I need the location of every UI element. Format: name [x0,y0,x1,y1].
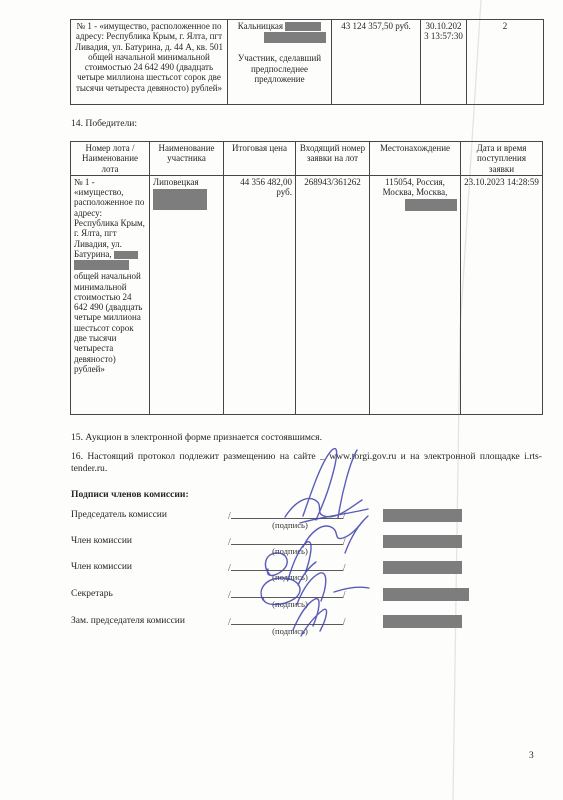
col-header-participant: Наименование участника [150,142,224,176]
application-number: 268943/361262 [304,177,361,187]
value: 2 [503,21,508,31]
winners-table-header-row: Номер лота / Наименование лота Наименова… [71,142,543,176]
signature-caption: (подпись) [240,599,340,609]
final-price: 44 356 482,00 руб. [240,177,292,197]
winner-surname: Липовецкая [153,177,220,187]
participant-surname: Кальницкая [238,21,283,31]
price-cell: 43 124 357,50 руб. [332,20,421,105]
winners-table-row: № 1 - «имущество, расположенное по адрес… [71,175,543,414]
table-row: № 1 - «имущество, расположенное по адрес… [71,20,544,105]
signature-row-deputy-chairman: Зам. председателя комиссии // (подпись) [0,616,563,642]
signer-role: Член комиссии [71,536,132,546]
paragraph-item-15: 15. Аукцион в электронной форме признает… [71,432,541,444]
value-cell: 2 [467,20,544,105]
location-cell: 115054, Россия, Москва, Москва, [370,175,461,414]
redacted-name [383,509,462,522]
section-14-heading: 14. Победители: [71,118,137,130]
final-price-cell: 44 356 482,00 руб. [224,175,296,414]
page-number: 3 [529,751,534,761]
lot-text-rest: общей начальной минимальной стоимостью 2… [74,271,142,374]
participant-cell: Кальницкая Участник, сделавший предпосле… [228,20,332,105]
winners-table: Номер лота / Наименование лота Наименова… [70,141,543,415]
redacted-text [153,189,207,210]
redacted-text [405,199,457,211]
redacted-text [74,260,129,270]
winner-datetime: 23.10.2023 14:28:59 [464,177,539,187]
redacted-name [383,561,462,574]
signature-caption: (подпись) [240,572,340,582]
redacted-name [383,535,462,548]
signer-role: Секретарь [71,589,113,599]
winner-participant-cell: Липовецкая [150,175,224,414]
winner-datetime-cell: 23.10.2023 14:28:59 [461,175,543,414]
col-header-location: Местонахождение [370,142,461,176]
col-header-application-number: Входящий номер заявки на лот [296,142,370,176]
application-number-cell: 268943/361262 [296,175,370,414]
lot-description: № 1 - «имущество, расположенное по адрес… [75,21,223,93]
datetime: 30.10.2023 13:57:30 [424,21,463,41]
paragraph-item-16: 16. Настоящий протокол подлежит размещен… [71,451,542,474]
signer-role: Член комиссии [71,562,132,572]
col-header-lot: Номер лота / Наименование лота [71,142,150,176]
signature-caption: (подпись) [240,626,340,636]
lot-description-cell: № 1 - «имущество, расположенное по адрес… [71,20,228,105]
lot-cell: № 1 - «имущество, расположенное по адрес… [71,175,150,414]
signer-role: Председатель комиссии [71,510,167,520]
datetime-cell: 30.10.2023 13:57:30 [421,20,467,105]
col-header-datetime: Дата и время поступления заявки [461,142,543,176]
redacted-text [285,22,321,31]
signature-row-chairman: Председатель комиссии // (подпись) [0,510,563,536]
participant-role: Участник, сделавший предпоследнее предло… [231,53,328,84]
signature-caption: (подпись) [240,520,340,530]
redacted-text [114,251,138,259]
signatures-heading: Подписи членов комиссии: [71,489,189,501]
redacted-name [383,615,462,628]
location: 115054, Россия, Москва, Москва, [373,177,457,198]
signature-row-member-2: Член комиссии // (подпись) [0,562,563,588]
runner-up-table: № 1 - «имущество, расположенное по адрес… [70,19,544,105]
redacted-name [383,588,469,601]
signer-role: Зам. председателя комиссии [71,616,185,626]
signature-caption: (подпись) [240,546,340,556]
lot-text: № 1 - «имущество, расположенное по адрес… [74,177,145,259]
redacted-text [264,32,326,43]
price: 43 124 357,50 руб. [341,21,411,31]
signature-row-member-1: Член комиссии // (подпись) [0,536,563,562]
col-header-final-price: Итоговая цена [224,142,296,176]
signature-row-secretary: Секретарь // (подпись) [0,589,563,615]
